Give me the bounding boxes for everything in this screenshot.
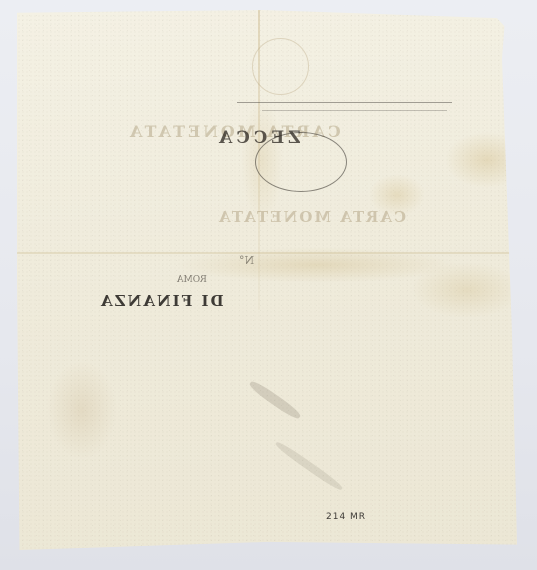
mirrored-location: ROMA [177, 275, 207, 285]
mirrored-subheading: CARTA MONETATA [217, 208, 406, 226]
mirrored-number-label: N° [239, 254, 254, 267]
paper-document: CARTA MONETATA ZECCA CARTA MONETATA N° R… [17, 10, 517, 550]
ruled-line [237, 102, 452, 103]
oval-stamp [255, 132, 347, 192]
mirrored-finance-title: DI FINANZA [99, 292, 224, 310]
faint-seal [252, 38, 309, 95]
horizontal-fold [17, 252, 517, 254]
ruled-line [262, 110, 447, 111]
pencil-annotation: 214 MR [326, 512, 366, 522]
